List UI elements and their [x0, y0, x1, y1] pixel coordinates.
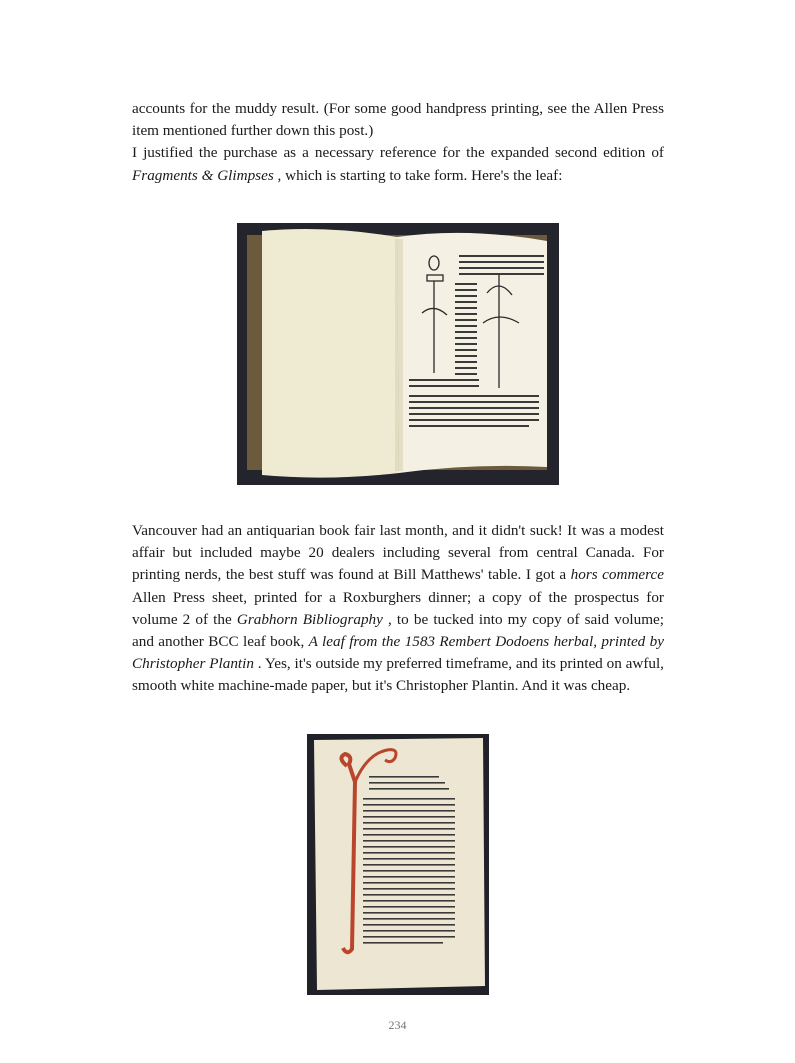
paragraph-2: I justified the purchase as a necessary …	[132, 142, 664, 186]
italic-title: Fragments & Glimpses	[132, 167, 274, 184]
printed-leaf-photo	[307, 734, 489, 995]
page-number: 234	[0, 1018, 795, 1033]
text-run: accounts for the muddy result. (For some…	[132, 100, 664, 139]
open-book-photo	[237, 223, 559, 485]
text-block-top: accounts for the muddy result. (For some…	[132, 98, 664, 187]
text-run: , which is starting to take form. Here's…	[274, 167, 563, 184]
open-book-illustration	[237, 223, 559, 485]
paragraph-3: Vancouver had an antiquarian book fair l…	[132, 520, 664, 698]
text-run: I justified the purchase as a necessary …	[132, 144, 664, 161]
printed-leaf-illustration	[307, 734, 489, 995]
italic-term: hors commerce	[571, 566, 664, 583]
paragraph-1: accounts for the muddy result. (For some…	[132, 98, 664, 142]
italic-title: Grabhorn Bibliography	[237, 611, 383, 628]
text-block-bottom: Vancouver had an antiquarian book fair l…	[132, 520, 664, 698]
